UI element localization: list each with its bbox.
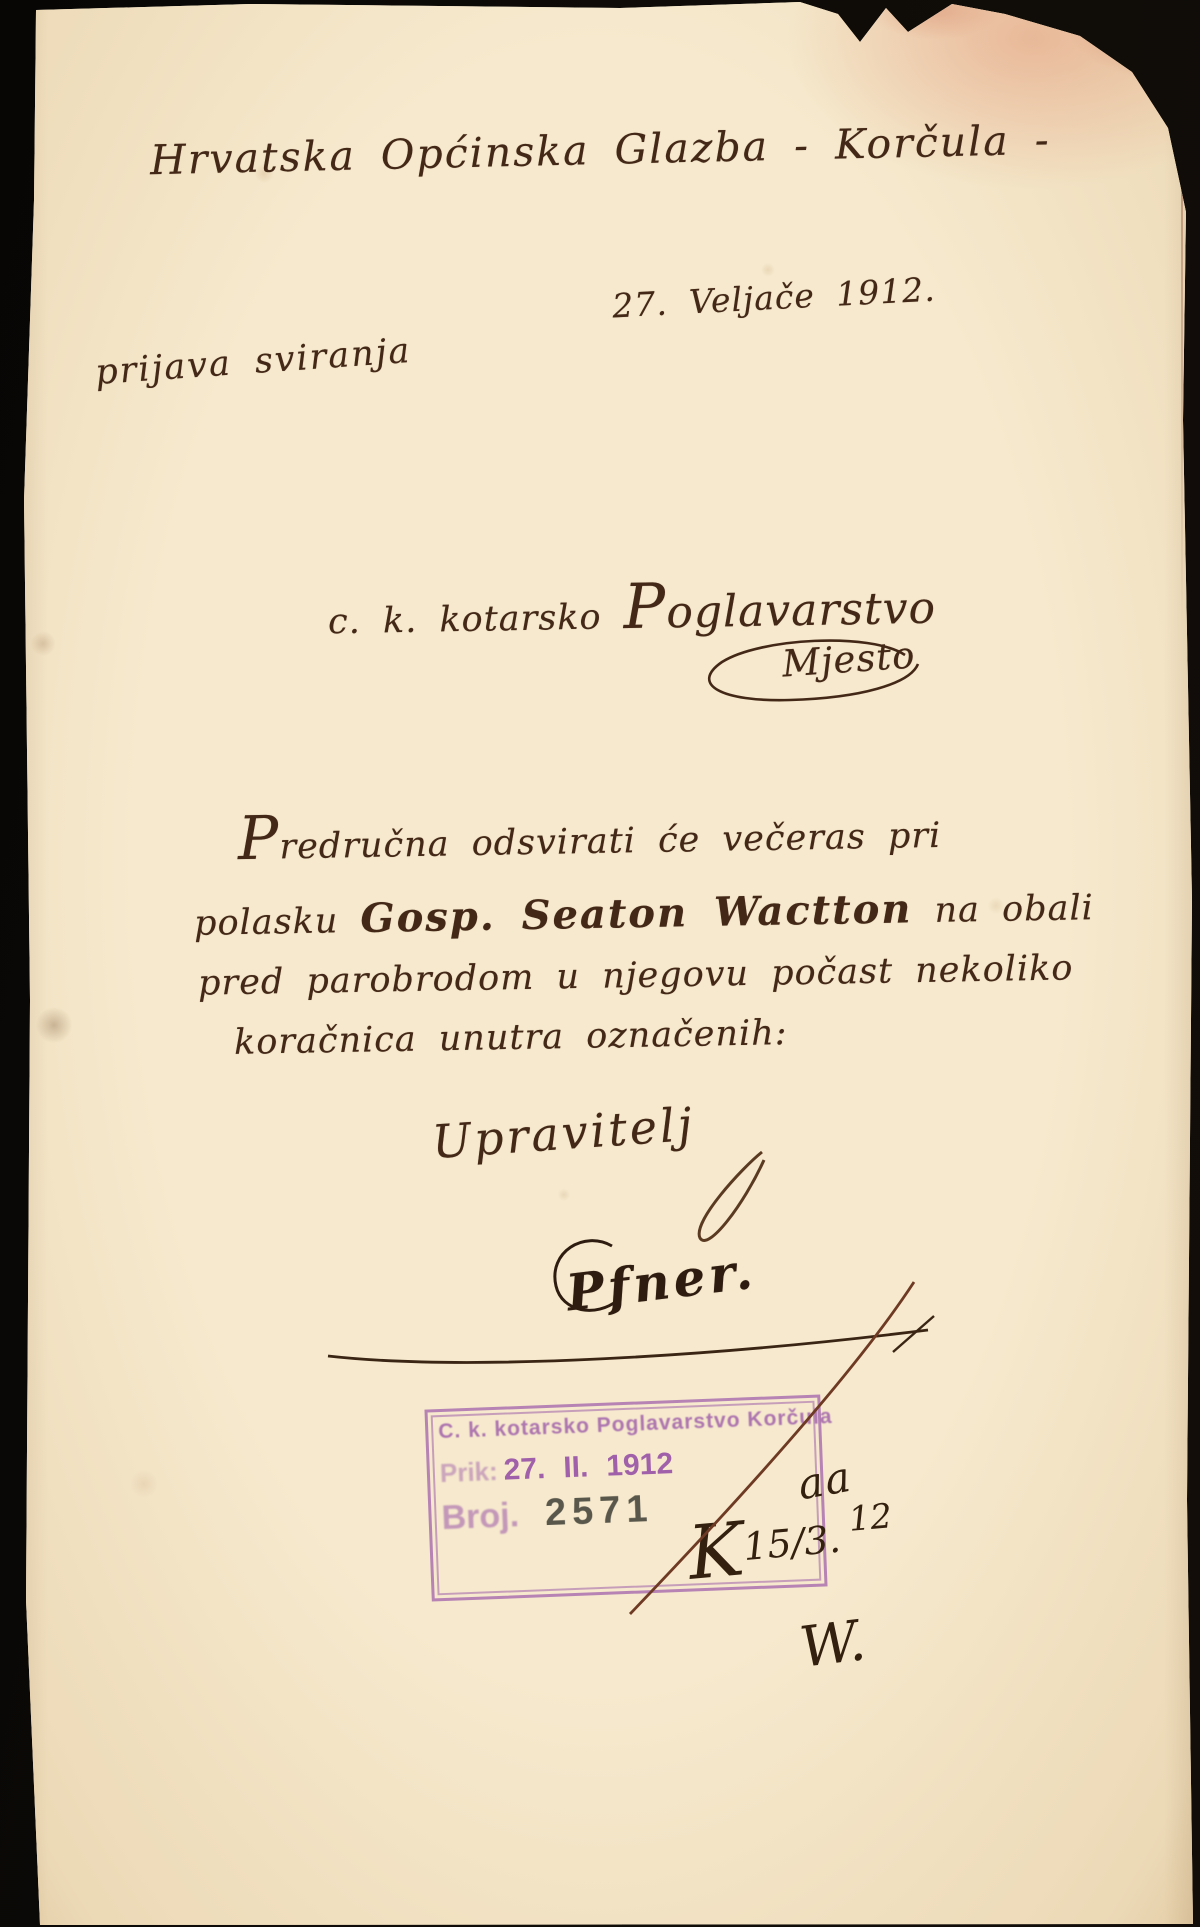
recipient-line: c. k. kotarsko Poglavarstvo bbox=[328, 583, 937, 645]
recipient-initial: P bbox=[623, 569, 667, 643]
subject-line: prijava sviranja bbox=[94, 331, 413, 393]
body-line-3: pred parobrodom u njegovu počast nekolik… bbox=[198, 948, 1074, 1003]
body-line-2-suffix: na obali bbox=[934, 888, 1094, 931]
scan-background: Hrvatska Općinska Glazba - Korčula - 27.… bbox=[0, 0, 1200, 1927]
body-line-1-text: redručna odsvirati će večeras pri bbox=[279, 816, 942, 868]
body-line-1: Predručna odsvirati će večeras pri bbox=[238, 816, 942, 868]
annotation-k-fraction: 15/3. bbox=[741, 1517, 842, 1569]
annotation-w: W. bbox=[796, 1608, 869, 1681]
letterhead-title: Hrvatska Općinska Glazba - Korčula - bbox=[150, 116, 1051, 184]
stamp-date-line: Prik: 27. II. 1912 bbox=[439, 1442, 810, 1490]
date-line: 27. Veljače 1912. bbox=[611, 270, 936, 326]
stamp-day: 27. bbox=[503, 1452, 546, 1488]
letter-paper: Hrvatska Općinska Glazba - Korčula - 27.… bbox=[0, 0, 1200, 1927]
stamp-office-line: C. k. kotarsko Poglavarstvo Korčula bbox=[438, 1406, 809, 1444]
annotation-k-letter: K bbox=[685, 1506, 748, 1596]
paper-crease bbox=[1181, 10, 1183, 630]
signature-cross bbox=[893, 1316, 934, 1352]
stamp-number: 2571 bbox=[544, 1488, 654, 1535]
recipient-place: Mjesto bbox=[781, 633, 917, 685]
stamp-year: 1912 bbox=[606, 1447, 674, 1484]
signature-upper-loop bbox=[699, 1152, 764, 1240]
stamp-month: II. bbox=[563, 1450, 589, 1485]
recipient-prefix: c. k. kotarsko bbox=[328, 598, 602, 643]
signature-text: Pfner. bbox=[563, 1241, 759, 1323]
body-line-1-initial: P bbox=[237, 803, 280, 874]
stamp-number-label: Broj. bbox=[441, 1496, 520, 1538]
recipient-word: oglavarstvo bbox=[666, 583, 937, 639]
stamp-received-label: Prik: bbox=[439, 1456, 498, 1489]
body-line-4: koračnica unutra označenih: bbox=[234, 1013, 788, 1063]
body-line-2: polasku Gosp. Seaton Wactton na obali bbox=[194, 882, 1095, 945]
guest-name: Gosp. Seaton Wactton bbox=[360, 885, 913, 942]
annotation-k-year: 12 bbox=[847, 1496, 894, 1540]
body-line-2-prefix: polasku bbox=[194, 901, 339, 944]
closing-title: Upravitelj bbox=[430, 1097, 696, 1169]
annotation-file-number: K15/3.12 bbox=[685, 1493, 898, 1597]
signature-underline bbox=[328, 1330, 928, 1362]
